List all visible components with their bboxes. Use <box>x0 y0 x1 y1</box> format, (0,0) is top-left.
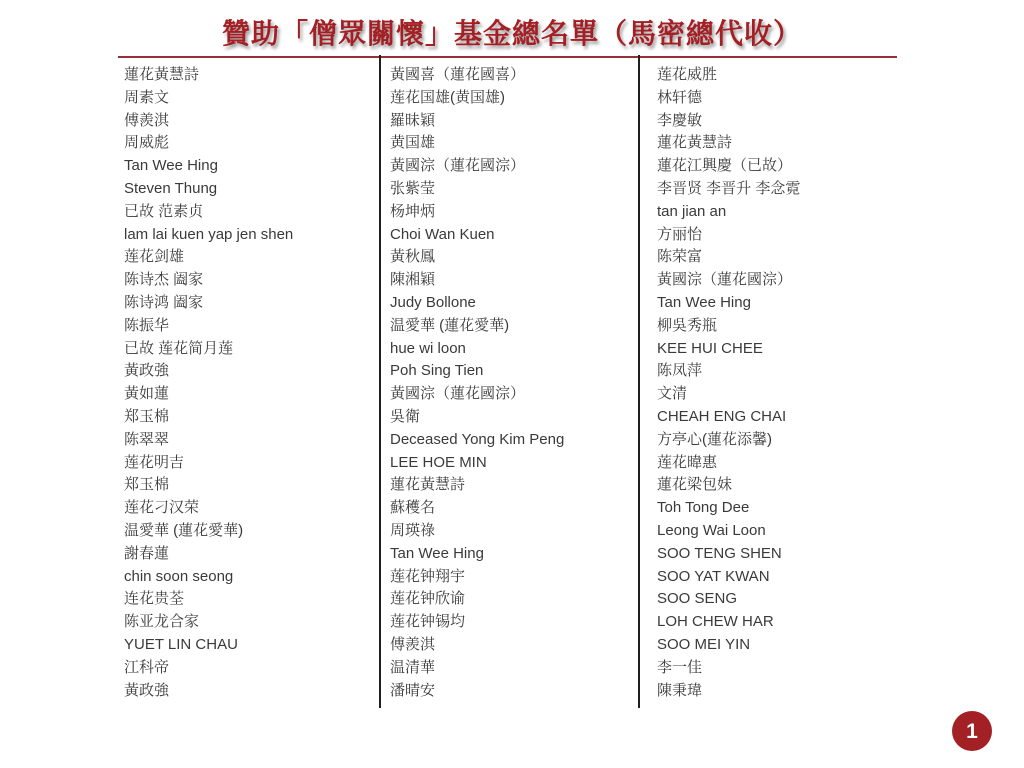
list-item: 傅羨淇 <box>124 110 379 133</box>
page-number-badge: 1 <box>952 711 992 751</box>
list-item: KEE HUI CHEE <box>657 338 940 361</box>
list-item: 方亭心(蓮花添馨) <box>657 429 940 452</box>
list-item: LOH CHEW HAR <box>657 611 940 634</box>
list-item: 莲花钟翔宇 <box>390 566 638 589</box>
list-item: 莲花钟锡均 <box>390 611 638 634</box>
name-columns: 蓮花黃慧詩周素文傅羨淇周威彪Tan Wee HingSteven Thung已故… <box>118 55 940 708</box>
list-item: 李晋贤 李晋升 李念霓 <box>657 178 940 201</box>
list-item: 已故 莲花简月莲 <box>124 338 379 361</box>
list-item: 蓮花黃慧詩 <box>124 64 379 87</box>
list-item: 蘇穫名 <box>390 497 638 520</box>
list-item: 陳秉瑋 <box>657 680 940 703</box>
list-item: Tan Wee Hing <box>390 543 638 566</box>
list-item: 黃國喜（蓮花國喜） <box>390 64 638 87</box>
list-item: 周瑛祿 <box>390 520 638 543</box>
list-item: 陈荣富 <box>657 246 940 269</box>
list-item: 黃國淙（蓮花國淙） <box>657 269 940 292</box>
list-item: Tan Wee Hing <box>124 155 379 178</box>
name-column-3: 莲花威胜林轩德李慶敏蓮花黃慧詩蓮花江興慶（已故）李晋贤 李晋升 李念霓tan j… <box>638 55 940 708</box>
list-item: 陈亚龙合家 <box>124 611 379 634</box>
list-item: 羅昧穎 <box>390 110 638 133</box>
list-item: 周素文 <box>124 87 379 110</box>
list-item: Toh Tong Dee <box>657 497 940 520</box>
list-item: 陈诗杰 阖家 <box>124 269 379 292</box>
list-item: SOO YAT KWAN <box>657 566 940 589</box>
list-item: 周威彪 <box>124 132 379 155</box>
list-item: 謝春蓮 <box>124 543 379 566</box>
list-item: 张紫莹 <box>390 178 638 201</box>
list-item: Steven Thung <box>124 178 379 201</box>
list-item: 黃秋鳳 <box>390 246 638 269</box>
list-item: 莲花威胜 <box>657 64 940 87</box>
list-item: hue wi loon <box>390 338 638 361</box>
list-item: 郑玉棉 <box>124 474 379 497</box>
slide-page: 贊助「僧眾關懷」基金總名單（馬密總代收） 蓮花黃慧詩周素文傅羨淇周威彪Tan W… <box>0 0 1024 768</box>
list-item: chin soon seong <box>124 566 379 589</box>
list-item: 莲花暐惠 <box>657 452 940 475</box>
list-item: 文清 <box>657 383 940 406</box>
list-item: 郑玉棉 <box>124 406 379 429</box>
list-item: 李慶敏 <box>657 110 940 133</box>
list-item: 蓮花黃慧詩 <box>657 132 940 155</box>
name-column-1: 蓮花黃慧詩周素文傅羨淇周威彪Tan Wee HingSteven Thung已故… <box>118 55 379 708</box>
list-item: Deceased Yong Kim Peng <box>390 429 638 452</box>
list-item: 江科帝 <box>124 657 379 680</box>
list-item: SOO SENG <box>657 588 940 611</box>
list-item: 已故 范素贞 <box>124 201 379 224</box>
list-item: 陈翠翠 <box>124 429 379 452</box>
list-item: 吳衛 <box>390 406 638 429</box>
list-item: lam lai kuen yap jen shen <box>124 224 379 247</box>
list-item: SOO TENG SHEN <box>657 543 940 566</box>
list-item: 莲花剑雄 <box>124 246 379 269</box>
list-item: 莲花国雄(黄国雄) <box>390 87 638 110</box>
list-item: 莲花钟欣谕 <box>390 588 638 611</box>
page-title: 贊助「僧眾關懷」基金總名單（馬密總代收） <box>0 12 1024 52</box>
list-item: Poh Sing Tien <box>390 360 638 383</box>
list-item: tan jian an <box>657 201 940 224</box>
list-item: 莲花刁汉荣 <box>124 497 379 520</box>
list-item: CHEAH ENG CHAI <box>657 406 940 429</box>
name-column-2: 黃國喜（蓮花國喜）莲花国雄(黄国雄)羅昧穎黄国雄黃國淙（蓮花國淙）张紫莹杨坤炳C… <box>379 55 638 708</box>
page-number: 1 <box>966 721 978 742</box>
list-item: 温愛華 (蓮花愛華) <box>390 315 638 338</box>
list-item: 温清華 <box>390 657 638 680</box>
list-item: 黃如蓮 <box>124 383 379 406</box>
list-item: 林轩德 <box>657 87 940 110</box>
list-item: 陈振华 <box>124 315 379 338</box>
list-item: 黃政強 <box>124 680 379 703</box>
list-item: 黄国雄 <box>390 132 638 155</box>
list-item: 方丽怡 <box>657 224 940 247</box>
list-item: Judy Bollone <box>390 292 638 315</box>
list-item: 莲花明吉 <box>124 452 379 475</box>
list-item: 黃政強 <box>124 360 379 383</box>
list-item: 陈诗鸿 阖家 <box>124 292 379 315</box>
list-item: YUET LIN CHAU <box>124 634 379 657</box>
list-item: Tan Wee Hing <box>657 292 940 315</box>
list-item: Leong Wai Loon <box>657 520 940 543</box>
list-item: 蓮花黃慧詩 <box>390 474 638 497</box>
list-item: 李一佳 <box>657 657 940 680</box>
list-item: 温愛華 (蓮花愛華) <box>124 520 379 543</box>
list-item: 蓮花江興慶（已故） <box>657 155 940 178</box>
list-item: 黃國淙（蓮花國淙） <box>390 383 638 406</box>
list-item: 柳吳秀瓶 <box>657 315 940 338</box>
list-item: 陳湘穎 <box>390 269 638 292</box>
list-item: 杨坤炳 <box>390 201 638 224</box>
list-item: 陈凤萍 <box>657 360 940 383</box>
list-item: 连花贵荃 <box>124 588 379 611</box>
list-item: Choi Wan Kuen <box>390 224 638 247</box>
list-item: LEE HOE MIN <box>390 452 638 475</box>
list-item: 黃國淙（蓮花國淙） <box>390 155 638 178</box>
list-item: 傅羨淇 <box>390 634 638 657</box>
list-item: SOO MEI YIN <box>657 634 940 657</box>
list-item: 潘晴安 <box>390 680 638 703</box>
list-item: 蓮花梁包妹 <box>657 474 940 497</box>
